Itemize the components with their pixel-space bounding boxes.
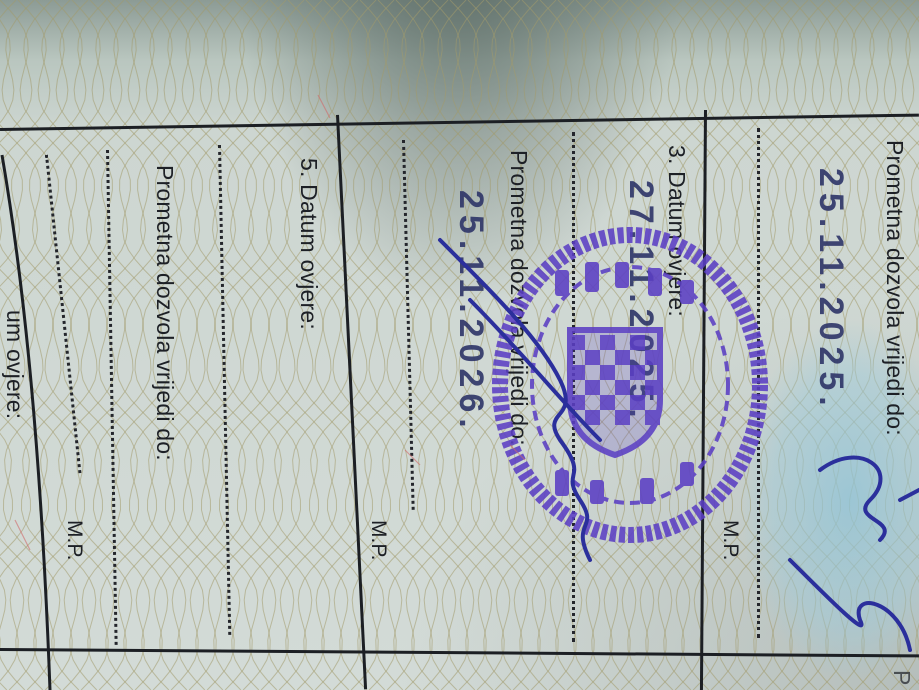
block-1-validity-label: Prometna dozvola vrijedi do: <box>881 140 908 436</box>
block-3-validity-date: 25.11.2026. <box>451 190 490 434</box>
document-photo: Prometna dozvola vrijedi do: 25.11.2025.… <box>0 0 919 690</box>
block-5-inspection-label: 5. Datum ovjere: <box>295 158 322 330</box>
block-5-seal-label: M.P. <box>62 520 86 560</box>
block-1-validity-date: 25.11.2025. <box>811 168 850 412</box>
block-3-inspection-label: 3. Datum ovjere: <box>663 145 690 317</box>
block-3-signature-line <box>572 132 575 642</box>
block-1-seal-label: M.P. <box>718 520 742 560</box>
block-3-inspection-date: 27.11.2025. <box>621 180 660 424</box>
block-3-seal-label: M.P. <box>366 520 390 560</box>
block-1-signature-line <box>757 128 760 638</box>
next-row-fragment-1: P <box>888 670 915 686</box>
block-3-validity-label: Prometna dozvola vrijedi do: <box>505 150 532 446</box>
block-5-validity-label: Prometna dozvola vrijedi do: <box>151 165 178 461</box>
partial-inspection-label: um ovjere: <box>1 310 28 419</box>
